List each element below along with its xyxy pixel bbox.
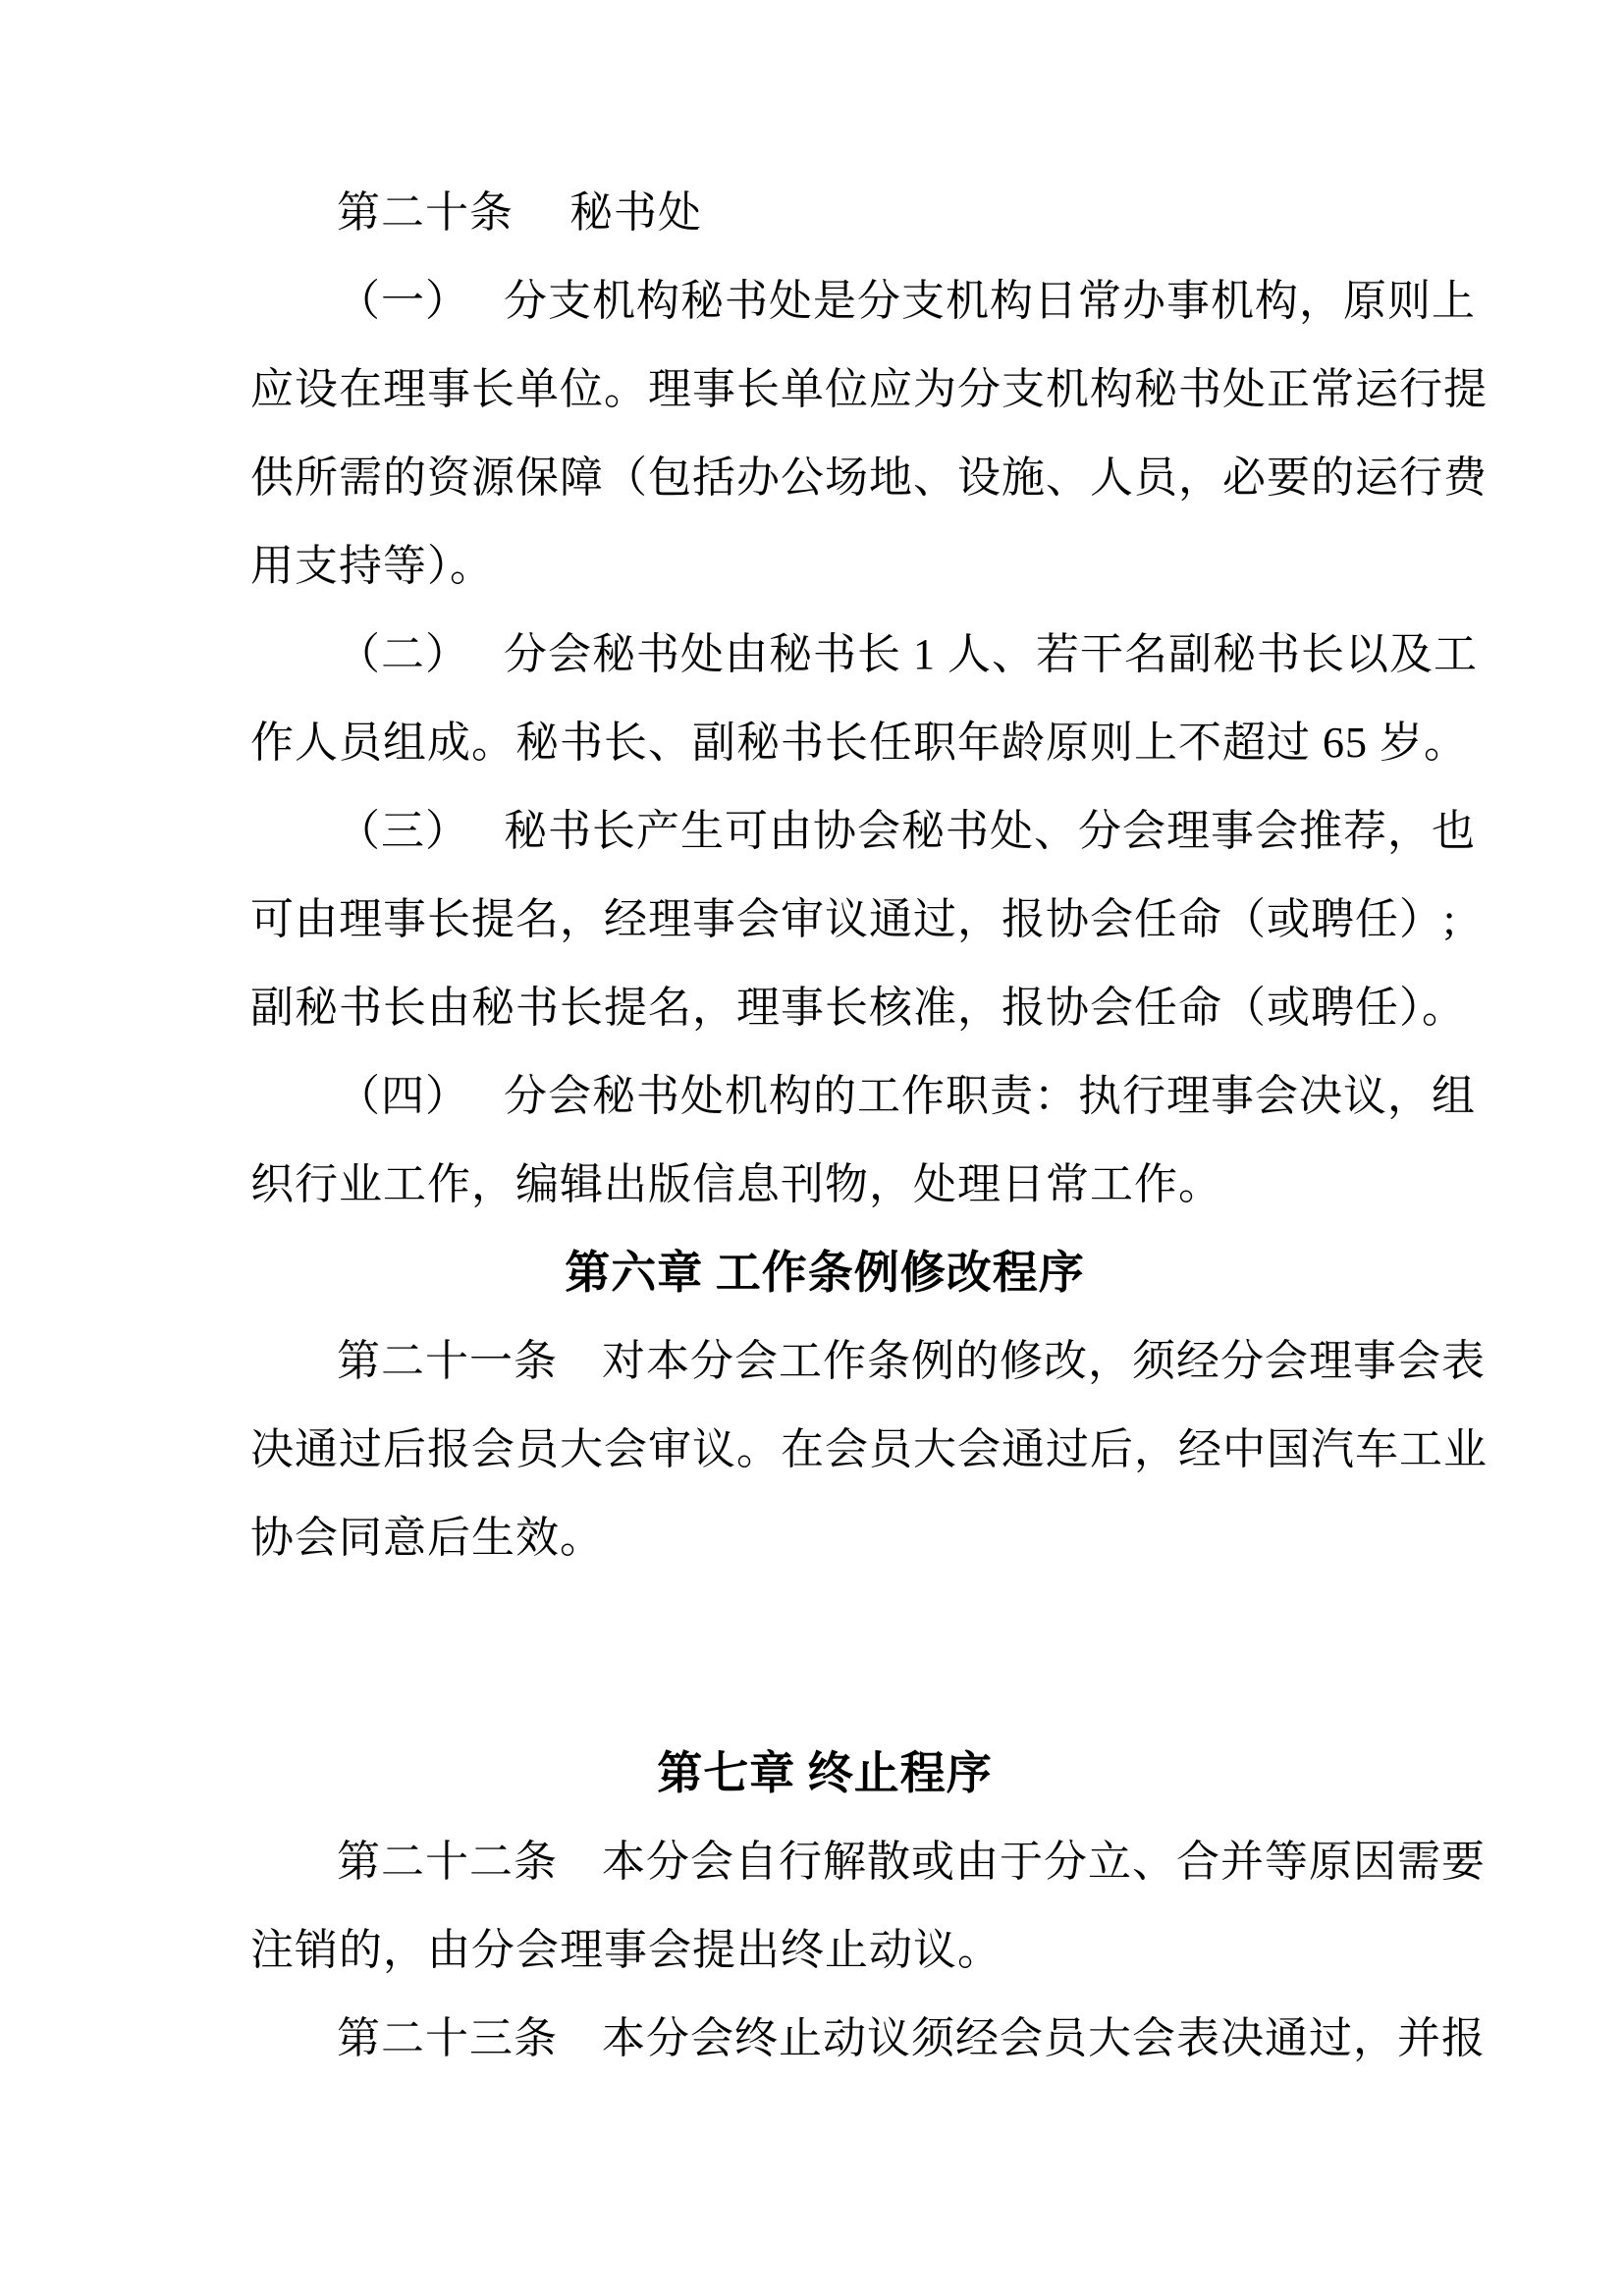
document-page: 第二十条 秘书处 （一） 分支机构秘书处是分支机构日常办事机构，原则上 应设在理… — [0, 0, 1624, 2296]
article-20-item-1-line-1: （一） 分支机构秘书处是分支机构日常办事机构，原则上 — [250, 257, 1399, 346]
article-20-item-4-line-1: （四） 分会秘书处机构的工作职责：执行理事会决议，组 — [250, 1052, 1399, 1141]
article-20-item-1-line-3: 供所需的资源保障（包括办公场地、设施、人员，必要的运行费 — [250, 434, 1399, 522]
article-20-item-2-line-1: （二） 分会秘书处由秘书长 1 人、若干名副秘书长以及工 — [250, 611, 1399, 699]
article-23-line-1: 第二十三条 本分会终止动议须经会员大会表决通过，并报 — [250, 1995, 1399, 2083]
article-20-item-1-line-2: 应设在理事长单位。理事长单位应为分支机构秘书处正常运行提 — [250, 346, 1399, 434]
article-22-line-1: 第二十二条 本分会自行解散或由于分立、合并等原因需要 — [250, 1818, 1399, 1906]
article-20-item-3-line-1: （三） 秘书长产生可由协会秘书处、分会理事会推荐，也 — [250, 787, 1399, 876]
article-20-item-2-line-2: 作人员组成。秘书长、副秘书长任职年龄原则上不超过 65 岁。 — [250, 699, 1399, 787]
article-22-line-2: 注销的，由分会理事会提出终止动议。 — [250, 1906, 1399, 1995]
section-gap — [250, 1582, 1399, 1730]
article-21-line-3: 协会同意后生效。 — [250, 1494, 1399, 1582]
article-21-line-2: 决通过后报会员大会审议。在会员大会通过后，经中国汽车工业 — [250, 1406, 1399, 1494]
article-20-item-3-line-2: 可由理事长提名，经理事会审议通过，报协会任命（或聘任）; — [250, 876, 1399, 964]
article-20-item-4-line-2: 织行业工作，编辑出版信息刊物，处理日常工作。 — [250, 1141, 1399, 1229]
article-20-item-3-line-3: 副秘书长由秘书长提名，理事长核准，报协会任命（或聘任）。 — [250, 964, 1399, 1052]
document-body: 第二十条 秘书处 （一） 分支机构秘书处是分支机构日常办事机构，原则上 应设在理… — [250, 169, 1399, 2083]
article-20-title: 第二十条 秘书处 — [250, 169, 1399, 257]
article-20-item-1-line-4: 用支持等）。 — [250, 522, 1399, 611]
chapter-7-heading: 第七章 终止程序 — [250, 1730, 1399, 1818]
chapter-6-heading: 第六章 工作条例修改程序 — [250, 1229, 1399, 1317]
article-21-line-1: 第二十一条 对本分会工作条例的修改，须经分会理事会表 — [250, 1317, 1399, 1406]
